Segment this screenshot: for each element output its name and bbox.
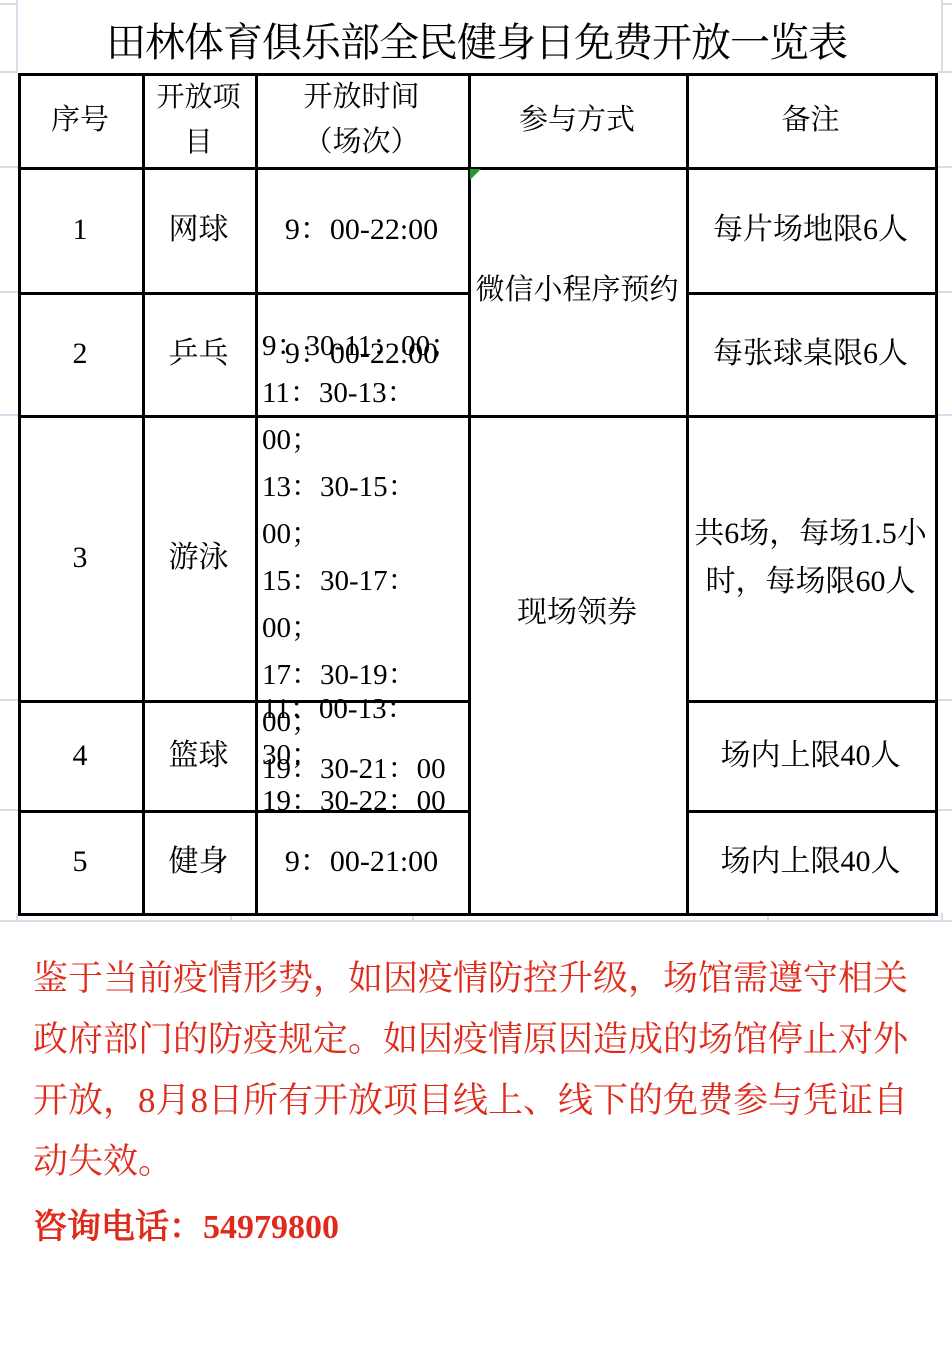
cell-note: 场内上限40人 — [689, 703, 932, 807]
cell-method-wechat: 微信小程序预约 — [471, 170, 683, 412]
cell-item: 网球 — [145, 170, 252, 289]
spreadsheet-page: 田林体育俱乐部全民健身日免费开放一览表 序号 开放项目 开放时间 （场次） 参与… — [0, 0, 952, 1354]
phone-number-line: 咨询电话：54979800 — [33, 1202, 339, 1254]
header-item: 开放项目 — [145, 76, 252, 164]
cell-no: 4 — [21, 703, 139, 807]
cell-item: 游泳 — [145, 418, 252, 697]
cell-time: 11：00-13：30； 19：30-22：00 — [258, 703, 465, 807]
gridline — [938, 291, 952, 293]
gridline — [938, 809, 952, 811]
cell-time: 9：00-22:00 — [258, 170, 465, 289]
covid-notice-text: 鉴于当前疫情形势，如因疫情防控升级，场馆需遵守相关 政府部门的防疫规定。如因疫情… — [33, 948, 938, 1192]
cell-note: 共6场，每场1.5小 时，每场限60人 — [689, 418, 932, 697]
cell-time: 9：00-21:00 — [258, 813, 465, 910]
gridline — [0, 71, 18, 73]
gridline — [938, 71, 952, 73]
table-border — [18, 913, 938, 916]
cell-method-onsite: 现场领券 — [471, 418, 683, 807]
gridline — [0, 920, 952, 922]
cell-note: 场内上限40人 — [689, 813, 932, 910]
header-note: 备注 — [689, 76, 932, 164]
gridline — [938, 166, 952, 168]
gridline — [0, 699, 18, 701]
cell-note: 每张球桌限6人 — [689, 295, 932, 412]
header-no: 序号 — [21, 76, 139, 164]
cell-no: 3 — [21, 418, 139, 697]
gridline — [0, 291, 18, 293]
gridline — [0, 166, 18, 168]
gridline — [0, 414, 18, 416]
gridline — [938, 414, 952, 416]
cell-error-triangle-icon — [470, 169, 481, 180]
gridline — [0, 3, 16, 5]
cell-no: 1 — [21, 170, 139, 289]
cell-item: 篮球 — [145, 703, 252, 807]
cell-no: 2 — [21, 295, 139, 412]
gridline — [941, 913, 943, 921]
sheet-title: 田林体育俱乐部全民健身日免费开放一览表 — [18, 8, 935, 70]
gridline — [938, 699, 952, 701]
cell-item: 健身 — [145, 813, 252, 910]
gridline — [941, 0, 943, 73]
header-time: 开放时间 （场次） — [258, 76, 465, 164]
cell-time: 9：30-11：00； 11：30-13：00； 13：30-15：00； 15… — [258, 418, 465, 697]
cell-item: 乒乓 — [145, 295, 252, 412]
cell-note: 每片场地限6人 — [689, 170, 932, 289]
gridline — [0, 809, 18, 811]
cell-no: 5 — [21, 813, 139, 910]
header-method: 参与方式 — [471, 76, 683, 164]
table-border — [935, 73, 938, 916]
